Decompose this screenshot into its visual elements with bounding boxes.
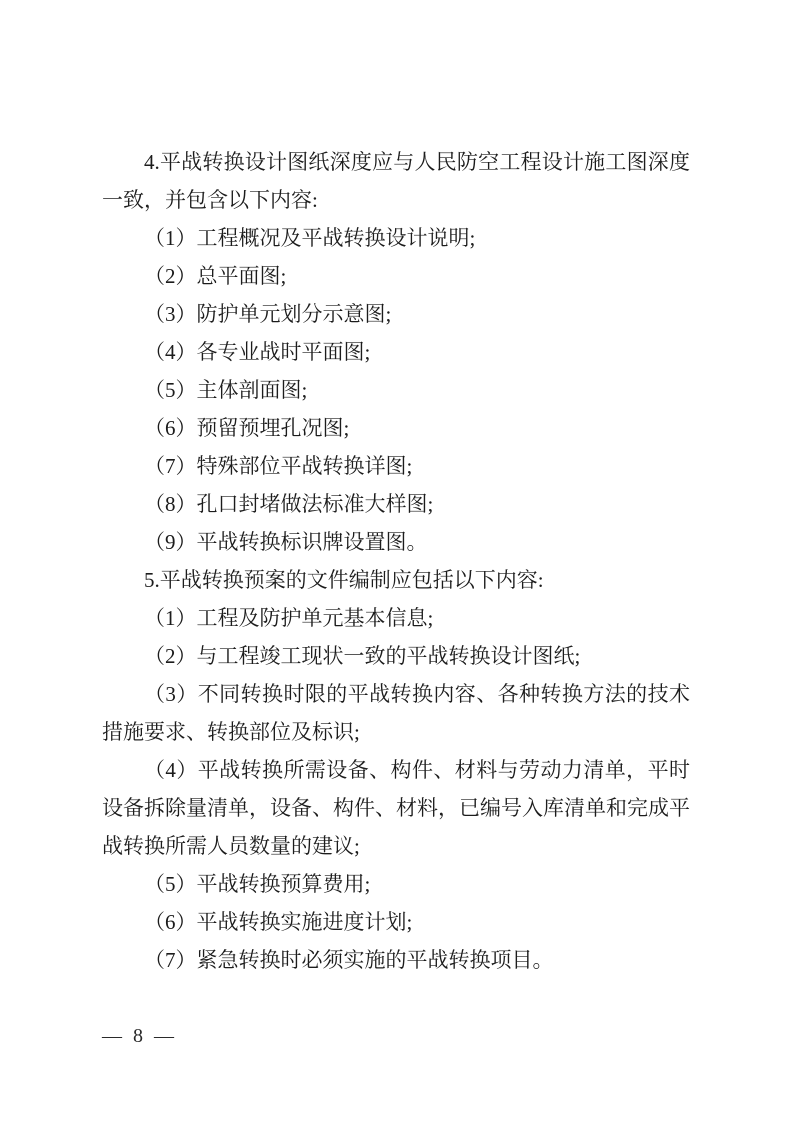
para-5-item-1: （1）工程及防护单元基本信息;	[102, 599, 690, 637]
para-4-item-2: （2）总平面图;	[102, 257, 690, 295]
para-5-item-7: （7）紧急转换时必须实施的平战转换项目。	[102, 941, 690, 979]
para-4-item-9: （9）平战转换标识牌设置图。	[102, 523, 690, 561]
para-section-4-intro: 4.平战转换设计图纸深度应与人民防空工程设计施工图深度一致，并包含以下内容:	[102, 143, 690, 219]
para-4-item-4: （4）各专业战时平面图;	[102, 333, 690, 371]
para-5-item-6: （6）平战转换实施进度计划;	[102, 903, 690, 941]
para-5-item-3: （3）不同转换时限的平战转换内容、各种转换方法的技术措施要求、转换部位及标识;	[102, 675, 690, 751]
para-5-item-2: （2）与工程竣工现状一致的平战转换设计图纸;	[102, 637, 690, 675]
document-page: 4.平战转换设计图纸深度应与人民防空工程设计施工图深度一致，并包含以下内容: （…	[0, 0, 793, 1122]
para-4-item-8: （8）孔口封堵做法标准大样图;	[102, 485, 690, 523]
para-4-item-5: （5）主体剖面图;	[102, 371, 690, 409]
para-4-item-3: （3）防护单元划分示意图;	[102, 295, 690, 333]
para-section-5-intro: 5.平战转换预案的文件编制应包括以下内容:	[102, 561, 690, 599]
page-number: — 8 —	[102, 1017, 177, 1055]
para-4-item-7: （7）特殊部位平战转换详图;	[102, 447, 690, 485]
para-5-item-5: （5）平战转换预算费用;	[102, 865, 690, 903]
para-4-item-1: （1）工程概况及平战转换设计说明;	[102, 219, 690, 257]
document-body: 4.平战转换设计图纸深度应与人民防空工程设计施工图深度一致，并包含以下内容: （…	[102, 143, 690, 979]
para-5-item-4: （4）平战转换所需设备、构件、材料与劳动力清单，平时设备拆除量清单，设备、构件、…	[102, 751, 690, 865]
para-4-item-6: （6）预留预埋孔况图;	[102, 409, 690, 447]
